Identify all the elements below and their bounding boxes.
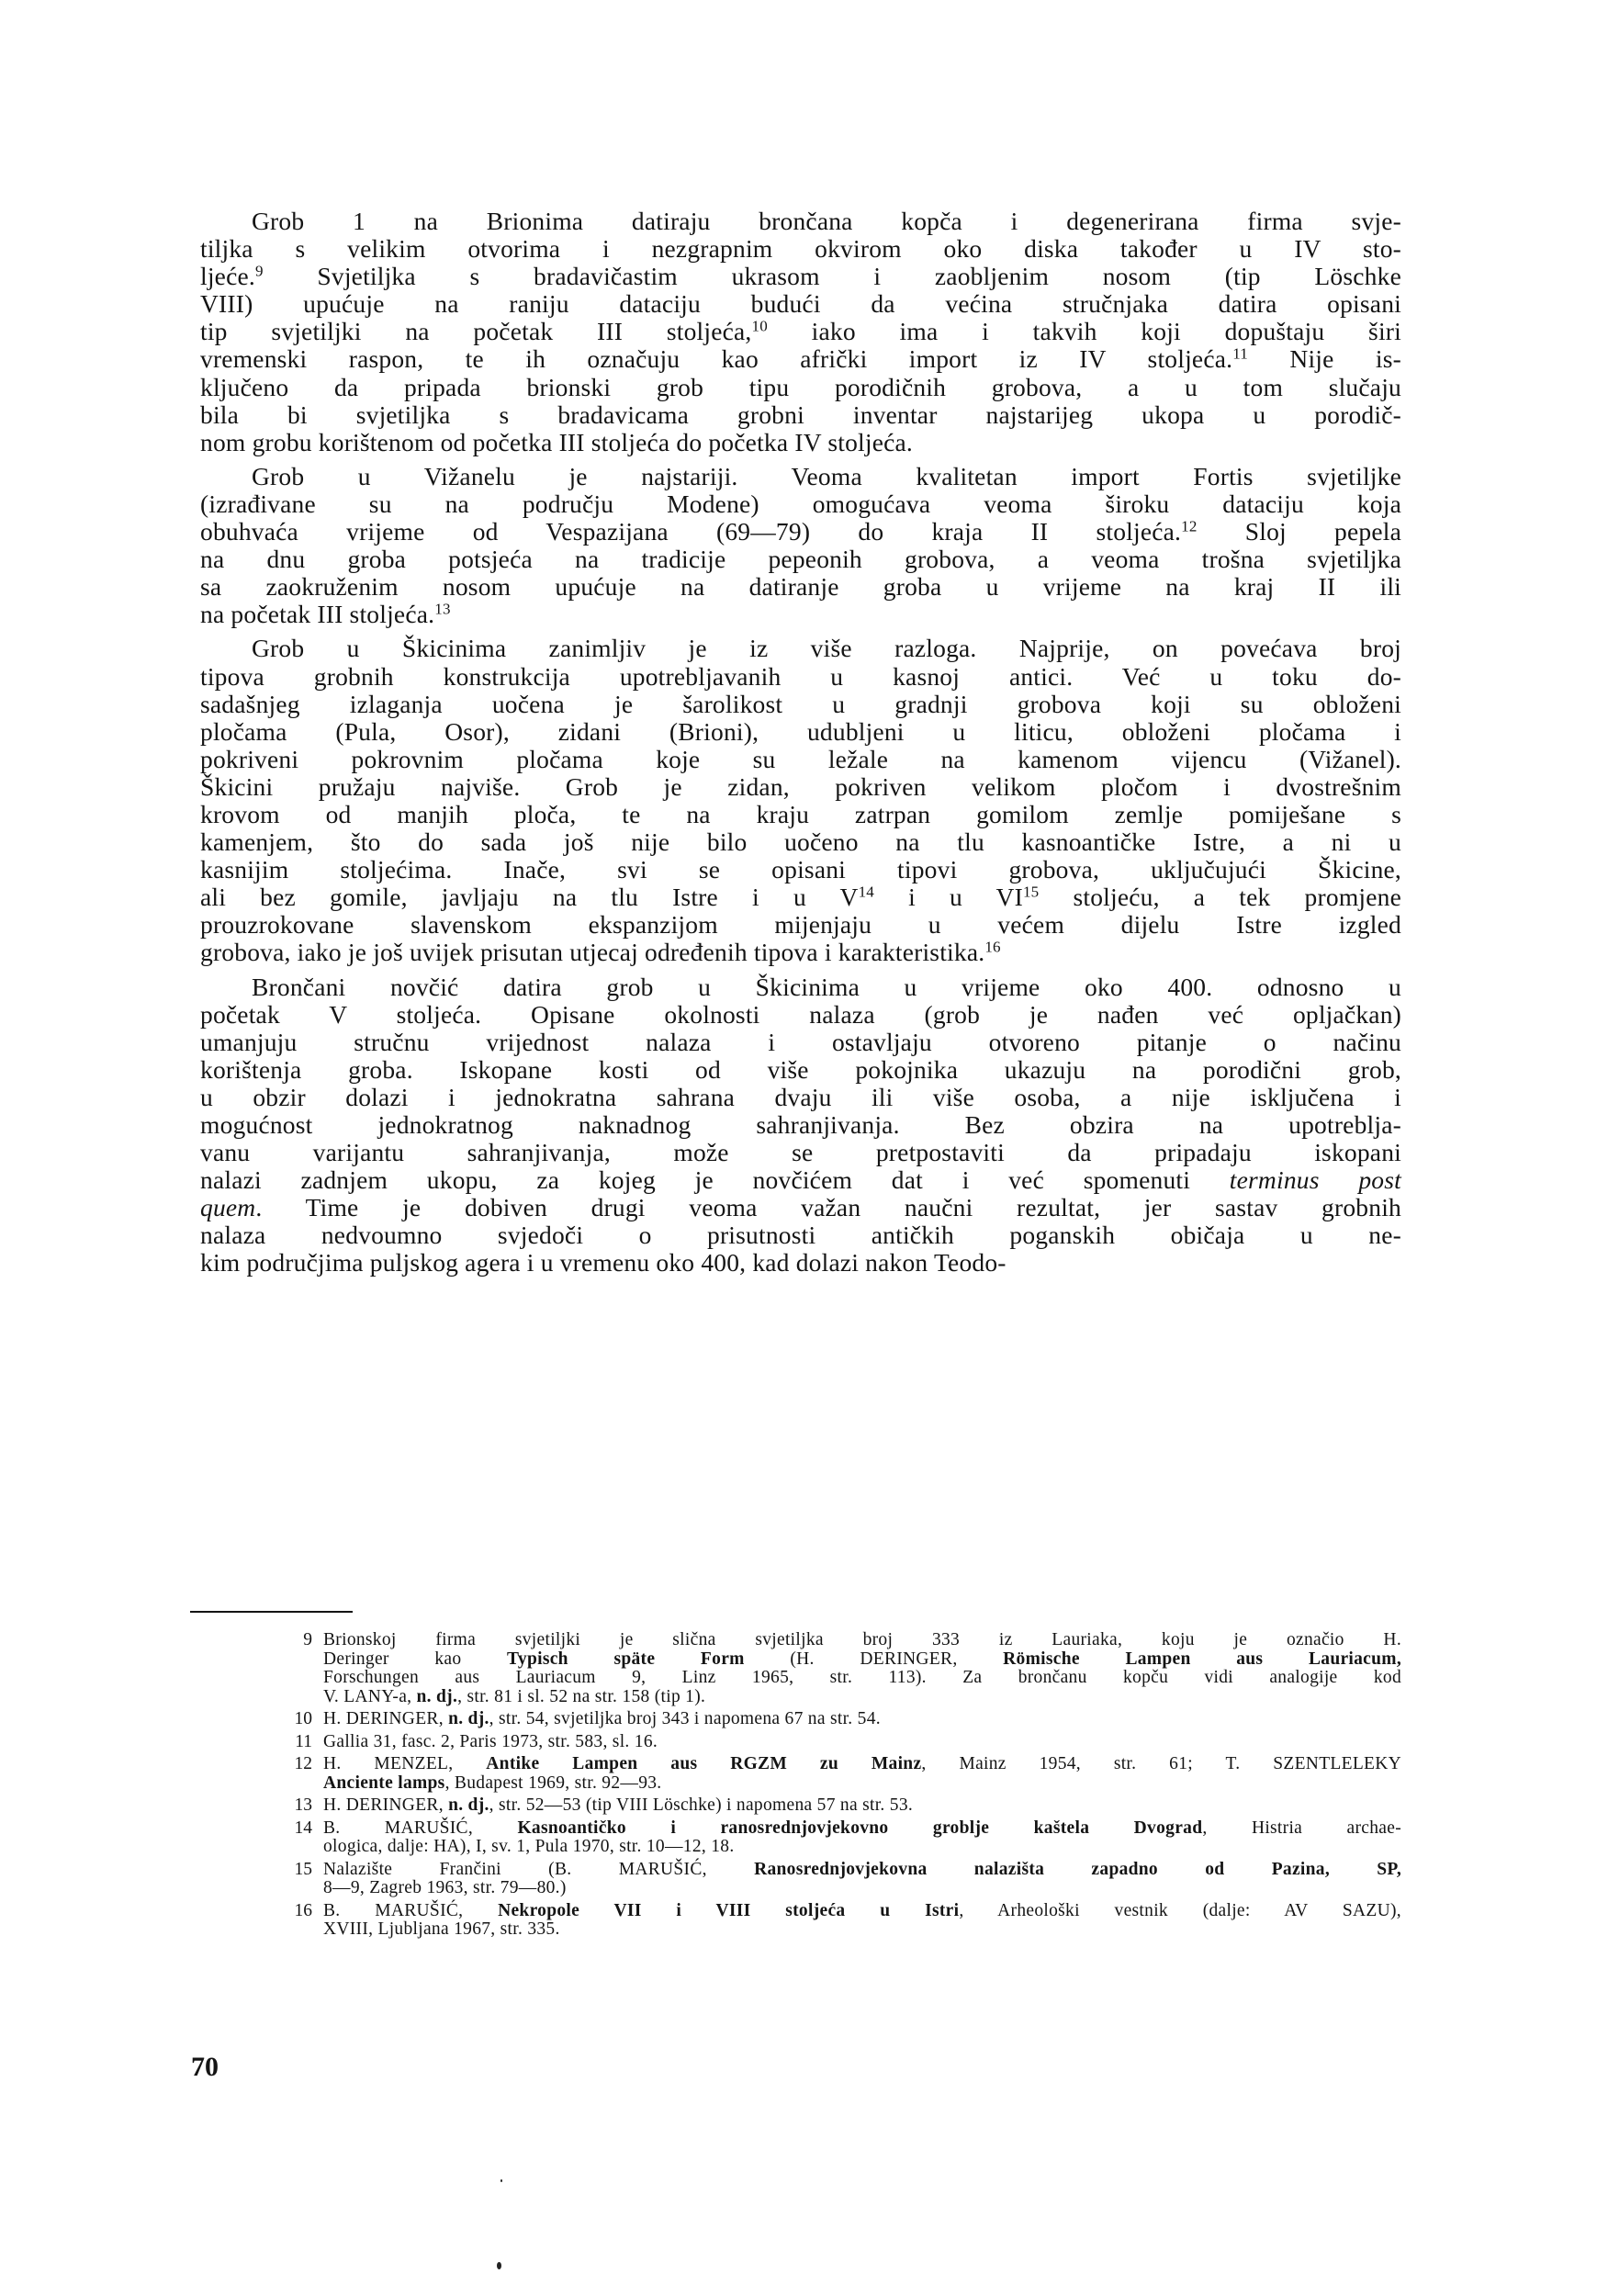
- footnote-number: 9: [287, 1631, 312, 1650]
- text-run: , str. 52—53 (tip VIII Löschke) i napome…: [489, 1795, 913, 1815]
- text-run: B. MARUŠIĆ,: [323, 1901, 498, 1920]
- footnote: 14B. MARUŠIĆ, Kasnoantičko i ranosrednjo…: [287, 1819, 1401, 1857]
- text-line: Brončani novčić datira grob u Škicinima …: [200, 974, 1401, 1001]
- text-line: kamenjem, što do sada još nije bilo uoče…: [200, 828, 1401, 856]
- text-run: nalazi zadnjem ukopu, za kojeg je novčić…: [200, 1165, 1230, 1194]
- text-run: (izrađivane su na području Modene) omogu…: [200, 490, 1401, 518]
- paragraph: Grob 1 na Brionima datiraju brončana kop…: [200, 208, 1401, 456]
- text-line: sa zaokruženim nosom upućuje na datiranj…: [200, 573, 1401, 601]
- text-run: Nalazište Frančini (B. MARUŠIĆ,: [323, 1860, 754, 1879]
- text-run: početak V stoljeća. Opisane okolnosti na…: [200, 1000, 1401, 1029]
- footnote-number: 16: [287, 1902, 312, 1921]
- text-run: Ranosrednjovjekovna nalazišta zapadno od…: [754, 1860, 1401, 1879]
- text-line: quem. Time je dobiven drugi veoma važan …: [200, 1194, 1401, 1221]
- footnote-number: 12: [287, 1755, 312, 1774]
- text-line: Grob u Škicinima zanimljiv je iz više ra…: [200, 635, 1401, 662]
- text-run: , str. 54, svjetiljka broj 343 i napomen…: [489, 1709, 881, 1728]
- text-run: ljeće.: [200, 262, 255, 290]
- text-run: Typisch späte Form: [507, 1649, 745, 1669]
- text-run: nalaza nedvoumno svjedoči o prisutnosti …: [200, 1221, 1401, 1249]
- text-run: Brionskoj firma svjetiljki je slična svj…: [323, 1630, 1401, 1649]
- text-run: (H. DERINGER,: [745, 1649, 1003, 1669]
- text-run: , str. 81 i sl. 52 na str. 158 (tip 1).: [457, 1687, 705, 1706]
- footnote-reference: 15: [1023, 884, 1039, 901]
- text-line: tipova grobnih konstrukcija upotrebljava…: [200, 663, 1401, 691]
- text-run: umanjuju stručnu vrijednost nalaza i ost…: [200, 1028, 1401, 1056]
- footnote-number: 13: [287, 1796, 312, 1816]
- text-run: obuhvaća vrijeme od Vespazijana (69—79) …: [200, 517, 1181, 546]
- footnote-line: V. LANY-a, n. dj., str. 81 i sl. 52 na s…: [323, 1688, 1401, 1707]
- text-run: pločama (Pula, Osor), zidani (Brioni), u…: [200, 717, 1401, 746]
- text-run: korištenja groba. Iskopane kosti od više…: [200, 1055, 1401, 1084]
- text-run: Grob u Škicinima zanimljiv je iz više ra…: [252, 634, 1401, 662]
- text-line: vremenski raspon, te ih označuju kao afr…: [200, 345, 1401, 373]
- text-line: na početak III stoljeća.13: [200, 601, 1401, 628]
- text-run: ologica, dalje: HA), I, sv. 1, Pula 1970…: [323, 1837, 735, 1856]
- footnote: 16B. MARUŠIĆ, Nekropole VII i VIII stolj…: [287, 1902, 1401, 1940]
- text-run: tip svjetiljki na početak III stoljeća,: [200, 317, 752, 345]
- body-text: Grob 1 na Brionima datiraju brončana kop…: [200, 208, 1401, 1284]
- text-run: Deringer kao: [323, 1649, 507, 1669]
- text-run: , Arheološki vestnik (dalje: AV SAZU),: [959, 1901, 1401, 1920]
- text-line: krovom od manjih ploča, te na kraju zatr…: [200, 801, 1401, 828]
- text-line: na dnu groba potsjeća na tradicije pepeo…: [200, 546, 1401, 573]
- text-line: Grob u Vižanelu je najstariji. Veoma kva…: [200, 463, 1401, 490]
- document-page: Grob 1 na Brionima datiraju brončana kop…: [0, 0, 1597, 2296]
- text-run: Grob 1 na Brionima datiraju brončana kop…: [252, 207, 1401, 235]
- footnote-number: 14: [287, 1819, 312, 1839]
- footnote-line: Anciente lamps, Budapest 1969, str. 92—9…: [323, 1774, 1401, 1794]
- text-run: H. DERINGER,: [323, 1795, 448, 1815]
- text-run: , Mainz 1954, str. 61; T. SZENTLELEKY: [921, 1754, 1401, 1773]
- text-run: n. dj.: [417, 1687, 458, 1706]
- text-run: sa zaokruženim nosom upućuje na datiranj…: [200, 572, 1401, 601]
- text-run: ali bez gomile, javljaju na tlu Istre i …: [200, 883, 859, 911]
- text-run: VIII) upućuje na raniju dataciju budući …: [200, 289, 1401, 318]
- footnote-line: B. MARUŠIĆ, Nekropole VII i VIII stoljeć…: [323, 1902, 1401, 1921]
- footnote-line: Nalazište Frančini (B. MARUŠIĆ, Ranosred…: [323, 1861, 1401, 1880]
- text-run: H. DERINGER,: [323, 1709, 448, 1728]
- text-line: bila bi svjetiljka s bradavicama grobni …: [200, 401, 1401, 429]
- text-line: kim područjima puljskog agera i u vremen…: [200, 1249, 1401, 1277]
- text-run: Škicini pružaju najviše. Grob je zidan, …: [200, 772, 1401, 801]
- text-run: n. dj.: [448, 1709, 489, 1728]
- footnote: 11Gallia 31, fasc. 2, Paris 1973, str. 5…: [287, 1733, 1401, 1752]
- text-run: i u VI: [874, 883, 1023, 911]
- text-run: XVIII, Ljubljana 1967, str. 335.: [323, 1919, 560, 1939]
- text-line: VIII) upućuje na raniju dataciju budući …: [200, 290, 1401, 318]
- text-run: iako ima i takvih koji dopuštaju širi: [768, 317, 1401, 345]
- footnote-number: 10: [287, 1710, 312, 1729]
- footnote-line: Gallia 31, fasc. 2, Paris 1973, str. 583…: [323, 1733, 1401, 1752]
- footnotes: 9Brionskoj firma svjetiljki je slična sv…: [287, 1631, 1401, 1943]
- footnote-number: 15: [287, 1861, 312, 1880]
- footnote-divider: [190, 1611, 353, 1613]
- text-line: kasnijim stoljećima. Inače, svi se opisa…: [200, 856, 1401, 884]
- footnote-line: H. DERINGER, n. dj., str. 52—53 (tip VII…: [323, 1796, 1401, 1816]
- text-line: Grob 1 na Brionima datiraju brončana kop…: [200, 208, 1401, 235]
- text-run: quem: [200, 1193, 255, 1221]
- text-line: tip svjetiljki na početak III stoljeća,1…: [200, 318, 1401, 345]
- text-line: sadašnjeg izlaganja uočena je šarolikost…: [200, 691, 1401, 718]
- footnote-reference: 13: [434, 601, 450, 618]
- footnote-line: B. MARUŠIĆ, Kasnoantičko i ranosrednjovj…: [323, 1819, 1401, 1839]
- text-line: vanu varijantu sahranjivanja, može se pr…: [200, 1139, 1401, 1166]
- text-run: prouzrokovane slavenskom ekspanzijom mij…: [200, 910, 1401, 939]
- paragraph: Brončani novčić datira grob u Škicinima …: [200, 974, 1401, 1277]
- text-line: Škicini pružaju najviše. Grob je zidan, …: [200, 773, 1401, 801]
- text-run: Grob u Vižanelu je najstariji. Veoma kva…: [252, 462, 1401, 490]
- text-line: pokriveni pokrovnim pločama koje su leža…: [200, 746, 1401, 773]
- footnote: 9Brionskoj firma svjetiljki je slična sv…: [287, 1631, 1401, 1706]
- text-run: stoljeću, a tek promjene: [1039, 883, 1401, 911]
- text-run: n. dj.: [448, 1795, 489, 1815]
- footnote-line: Forschungen aus Lauriacum 9, Linz 1965, …: [323, 1669, 1401, 1688]
- text-line: mogućnost jednokratnog naknadnog sahranj…: [200, 1111, 1401, 1139]
- text-line: ljeće.9 Svjetiljka s bradavičastim ukras…: [200, 263, 1401, 290]
- scan-speck: [500, 2179, 502, 2182]
- text-run: . Time je dobiven drugi veoma važan nauč…: [255, 1193, 1401, 1221]
- footnote-line: XVIII, Ljubljana 1967, str. 335.: [323, 1920, 1401, 1940]
- footnote-reference: 14: [859, 884, 874, 901]
- footnote-reference: 10: [752, 318, 768, 335]
- footnote: 13H. DERINGER, n. dj., str. 52—53 (tip V…: [287, 1796, 1401, 1816]
- text-run: tiljka s velikim otvorima i nezgrapnim o…: [200, 234, 1401, 263]
- text-line: ali bez gomile, javljaju na tlu Istre i …: [200, 884, 1401, 911]
- text-run: terminus post: [1230, 1165, 1401, 1194]
- text-run: kamenjem, što do sada još nije bilo uoče…: [200, 827, 1401, 856]
- text-run: krovom od manjih ploča, te na kraju zatr…: [200, 800, 1401, 828]
- text-line: obuhvaća vrijeme od Vespazijana (69—79) …: [200, 518, 1401, 546]
- text-run: , Budapest 1969, str. 92—93.: [445, 1773, 662, 1793]
- text-run: B. MARUŠIĆ,: [323, 1818, 517, 1838]
- text-run: H. MENZEL,: [323, 1754, 486, 1773]
- footnote-line: 8—9, Zagreb 1963, str. 79—80.): [323, 1879, 1401, 1898]
- footnote-line: H. MENZEL, Antike Lampen aus RGZM zu Mai…: [323, 1755, 1401, 1774]
- text-line: grobova, iako je još uvijek prisutan utj…: [200, 939, 1401, 966]
- footnote: 15Nalazište Frančini (B. MARUŠIĆ, Ranosr…: [287, 1861, 1401, 1898]
- text-run: Nekropole VII i VIII stoljeća u Istri: [498, 1901, 959, 1920]
- text-run: na početak III stoljeća.: [200, 600, 434, 628]
- text-run: Anciente lamps: [323, 1773, 445, 1793]
- text-run: tipova grobnih konstrukcija upotrebljava…: [200, 662, 1401, 691]
- footnote: 12H. MENZEL, Antike Lampen aus RGZM zu M…: [287, 1755, 1401, 1793]
- text-line: umanjuju stručnu vrijednost nalaza i ost…: [200, 1029, 1401, 1056]
- text-line: nalazi zadnjem ukopu, za kojeg je novčić…: [200, 1166, 1401, 1194]
- footnote-line: H. DERINGER, n. dj., str. 54, svjetiljka…: [323, 1710, 1401, 1729]
- text-run: mogućnost jednokratnog naknadnog sahranj…: [200, 1110, 1401, 1139]
- text-run: Kasnoantičko i ranosrednjovjekovno grobl…: [517, 1818, 1202, 1838]
- text-run: Römische Lampen aus Lauriacum,: [1003, 1649, 1401, 1669]
- text-line: nalaza nedvoumno svjedoči o prisutnosti …: [200, 1221, 1401, 1249]
- footnote-reference: 16: [984, 939, 1000, 956]
- text-run: pokriveni pokrovnim pločama koje su leža…: [200, 745, 1401, 773]
- text-run: bila bi svjetiljka s bradavicama grobni …: [200, 400, 1401, 429]
- footnote-reference: 11: [1232, 345, 1248, 363]
- text-run: na dnu groba potsjeća na tradicije pepeo…: [200, 545, 1401, 573]
- text-line: pločama (Pula, Osor), zidani (Brioni), u…: [200, 718, 1401, 746]
- text-run: Antike Lampen aus RGZM zu Mainz: [486, 1754, 921, 1773]
- text-run: Nije is-: [1248, 344, 1401, 373]
- paragraph: Grob u Škicinima zanimljiv je iz više ra…: [200, 635, 1401, 966]
- text-line: nom grobu korištenom od početka III stol…: [200, 429, 1401, 456]
- page-number: 70: [191, 2052, 219, 2083]
- text-line: prouzrokovane slavenskom ekspanzijom mij…: [200, 911, 1401, 939]
- text-line: u obzir dolazi i jednokratna sahrana dva…: [200, 1084, 1401, 1111]
- text-run: , Histria archae-: [1202, 1818, 1401, 1838]
- footnote: 10H. DERINGER, n. dj., str. 54, svjetilj…: [287, 1710, 1401, 1729]
- paragraph: Grob u Vižanelu je najstariji. Veoma kva…: [200, 463, 1401, 629]
- text-run: 8—9, Zagreb 1963, str. 79—80.): [323, 1878, 567, 1897]
- footnote-line: Brionskoj firma svjetiljki je slična svj…: [323, 1631, 1401, 1650]
- text-line: korištenja groba. Iskopane kosti od više…: [200, 1056, 1401, 1084]
- footnote-line: Deringer kao Typisch späte Form (H. DERI…: [323, 1650, 1401, 1670]
- text-run: ključeno da pripada brionski grob tipu p…: [200, 373, 1401, 401]
- footnote-reference: 9: [255, 263, 264, 280]
- text-run: Brončani novčić datira grob u Škicinima …: [252, 973, 1401, 1001]
- text-run: vremenski raspon, te ih označuju kao afr…: [200, 344, 1232, 373]
- text-run: Sloj pepela: [1198, 517, 1401, 546]
- text-run: vanu varijantu sahranjivanja, može se pr…: [200, 1138, 1401, 1166]
- text-run: grobova, iako je još uvijek prisutan utj…: [200, 938, 984, 966]
- text-line: početak V stoljeća. Opisane okolnosti na…: [200, 1001, 1401, 1029]
- text-run: sadašnjeg izlaganja uočena je šarolikost…: [200, 690, 1401, 718]
- scan-speck: [497, 2262, 501, 2269]
- text-run: Gallia 31, fasc. 2, Paris 1973, str. 583…: [323, 1732, 658, 1751]
- text-line: tiljka s velikim otvorima i nezgrapnim o…: [200, 235, 1401, 263]
- text-line: ključeno da pripada brionski grob tipu p…: [200, 374, 1401, 401]
- text-run: u obzir dolazi i jednokratna sahrana dva…: [200, 1083, 1401, 1111]
- text-run: kasnijim stoljećima. Inače, svi se opisa…: [200, 855, 1401, 884]
- text-run: kim područjima puljskog agera i u vremen…: [200, 1248, 1007, 1277]
- text-line: (izrađivane su na području Modene) omogu…: [200, 490, 1401, 518]
- footnote-reference: 12: [1181, 518, 1197, 535]
- text-run: nom grobu korištenom od početka III stol…: [200, 428, 913, 456]
- text-run: Forschungen aus Lauriacum 9, Linz 1965, …: [323, 1668, 1401, 1687]
- text-run: V. LANY-a,: [323, 1687, 417, 1706]
- footnote-line: ologica, dalje: HA), I, sv. 1, Pula 1970…: [323, 1838, 1401, 1857]
- text-run: Svjetiljka s bradavičastim ukrasom i zao…: [264, 262, 1401, 290]
- footnote-number: 11: [287, 1733, 312, 1752]
